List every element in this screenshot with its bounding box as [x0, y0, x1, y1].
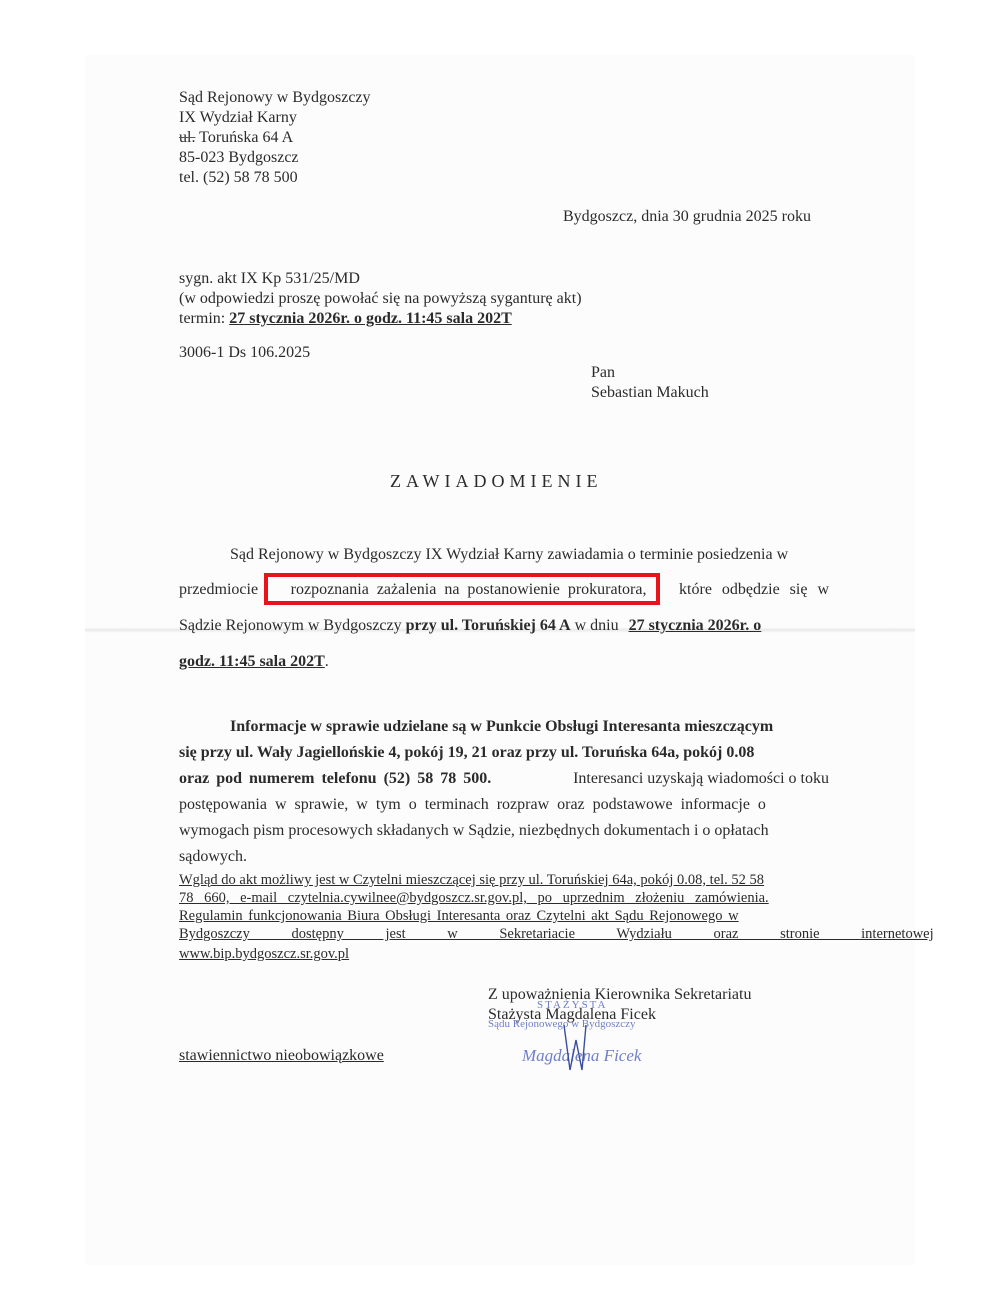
street-prefix: ul.	[179, 129, 195, 146]
info-line-3: oraz pod numerem telefonu (52) 58 78 500…	[179, 769, 829, 789]
notice-time: godz. 11:45 sala 202T	[179, 653, 325, 670]
info-line-6: sądowych.	[179, 847, 247, 867]
notice-in-day: w dniu	[571, 617, 623, 634]
notice-line-3: Sądzie Rejonowym w Bydgoszczy przy ul. T…	[179, 616, 761, 636]
date-line: Bydgoszcz, dnia 30 grudnia 2025 roku	[563, 207, 811, 227]
stamp-title: STAŻYSTA	[537, 999, 607, 1011]
reading-room-website[interactable]: www.bip.bydgoszcz.sr.gov.pl	[179, 946, 349, 962]
reading-room-line-3: Regulamin funkcjonowania Biura Obsługi I…	[179, 908, 739, 924]
info-line-2: się przy ul. Wały Jagiellońskie 4, pokój…	[179, 743, 829, 763]
recipient-name: Sebastian Makuch	[591, 383, 709, 403]
sender-address: ul. Toruńska 64 A	[179, 128, 293, 148]
case-signature: sygn. akt IX Kp 531/25/MD	[179, 269, 360, 289]
notice-period: .	[325, 653, 329, 670]
signature-scribble-icon	[560, 1020, 590, 1075]
notice-address: przy ul. Toruńskiej 64 A	[406, 617, 571, 634]
document-title: ZAWIADOMIENIE	[390, 471, 603, 492]
notice-place: Sądzie Rejonowym w Bydgoszczy	[179, 617, 406, 634]
attendance-note: stawiennictwo nieobowiązkowe	[179, 1046, 384, 1066]
sender-division: IX Wydział Karny	[179, 108, 297, 128]
sender-court: Sąd Rejonowy w Bydgoszczy	[179, 88, 371, 108]
info-line-4: postępowania w sprawie, w tym o terminac…	[179, 795, 829, 815]
case-term: termin: 27 stycznia 2026r. o godz. 11:45…	[179, 309, 512, 329]
info-line-1: Informacje w sprawie udzielane są w Punk…	[230, 717, 829, 737]
notice-post: które odbędzie się w	[679, 580, 829, 600]
info-line-5: wymogach pism procesowych składanych w S…	[179, 821, 769, 841]
recipient-salutation: Pan	[591, 363, 615, 383]
highlight-box	[264, 573, 660, 605]
info-text-2: się przy ul. Wały Jagiellońskie 4, pokój…	[179, 744, 754, 761]
reading-room-line-2: 78 660, e-mail czytelnia.cywilnee@bydgos…	[179, 890, 769, 906]
sender-phone: tel. (52) 58 78 500	[179, 168, 298, 188]
case-note: (w odpowiedzi proszę powołać się na powy…	[179, 289, 582, 309]
notice-line-1: Sąd Rejonowy w Bydgoszczy IX Wydział Kar…	[230, 545, 788, 565]
info-text-3: oraz pod numerem telefonu (52) 58 78 500…	[179, 769, 491, 789]
term-value: 27 stycznia 2026r. o godz. 11:45 sala 20…	[229, 310, 512, 327]
case-reference: 3006-1 Ds 106.2025	[179, 343, 310, 363]
sender-postal: 85-023 Bydgoszcz	[179, 148, 299, 168]
notice-line-4: godz. 11:45 sala 202T.	[179, 652, 329, 672]
info-text-3-rest: Interesanci uzyskają wiadomości o toku	[573, 769, 829, 789]
notice-date: 27 stycznia 2026r. o	[629, 617, 762, 634]
reading-room-line-4: Bydgoszczy dostępny jest w Sekretariacie…	[179, 926, 934, 942]
signature-authorization: Z upoważnienia Kierownika Sekretariatu	[488, 985, 751, 1005]
term-label: termin:	[179, 310, 229, 327]
reading-room-line-1: Wgląd do akt możliwy jest w Czytelni mie…	[179, 872, 764, 888]
street: Toruńska 64 A	[195, 129, 293, 146]
info-text-1: Informacje w sprawie udzielane są w Punk…	[230, 717, 773, 737]
notice-pre: przedmiocie	[179, 580, 258, 600]
